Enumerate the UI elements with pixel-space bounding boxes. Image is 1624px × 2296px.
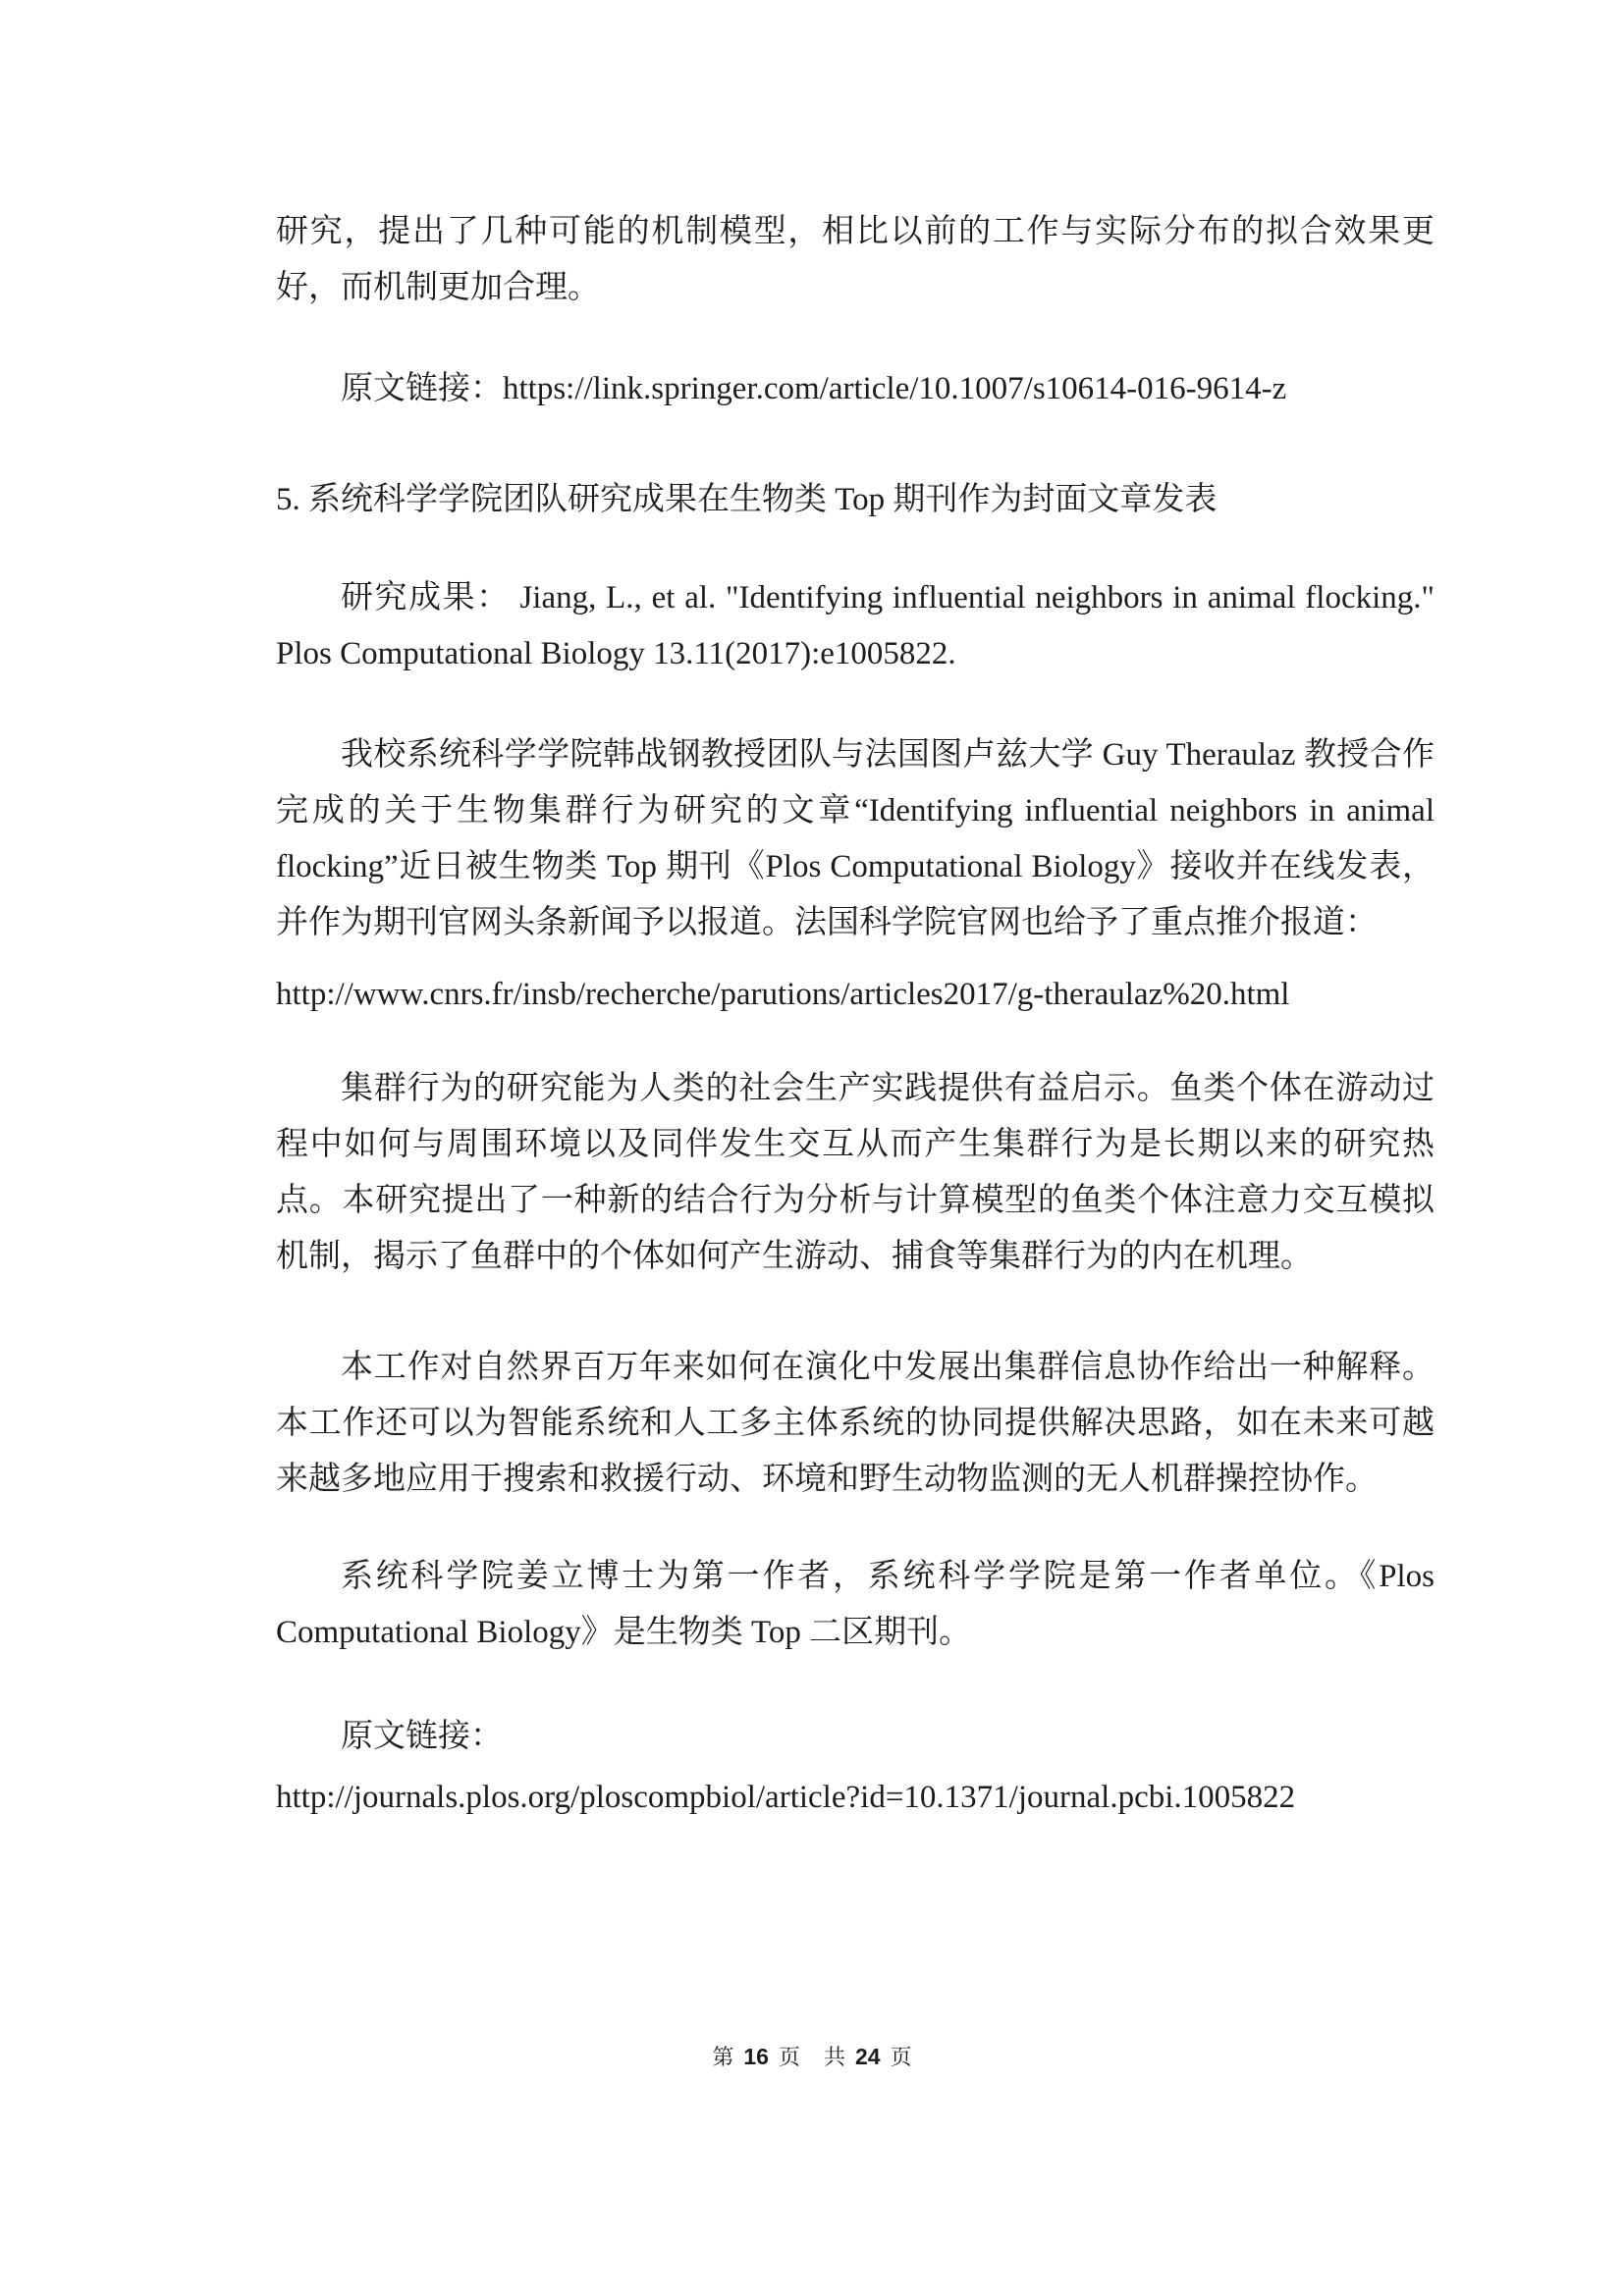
- section-5-heading: 5. 系统科学学院团队研究成果在生物类 Top 期刊作为封面文章发表: [276, 472, 1435, 528]
- footer-label-page-unit: 页: [779, 2045, 800, 2069]
- footer-total-pages: 24: [855, 2044, 881, 2069]
- footer-page-number: 16: [743, 2044, 769, 2069]
- footer-label-total-prefix: 共: [824, 2045, 845, 2069]
- paragraph-collaboration-announcement: 我校系统科学学院韩战钢教授团队与法国图卢兹大学 Guy Theraulaz 教授…: [276, 727, 1435, 951]
- paragraph-application-outlook: 本工作对自然界百万年来如何在演化中发展出集群信息协作给出一种解释。本工作还可以为…: [276, 1340, 1435, 1508]
- paragraph-research-significance: 集群行为的研究能为人类的社会生产实践提供有益启示。鱼类个体在游动过程中如何与周围…: [276, 1061, 1435, 1285]
- source-link-label: 原文链接：: [276, 1709, 1435, 1765]
- page-footer: 第16页共24页: [0, 2040, 1624, 2074]
- footer-label-page-prefix: 第: [712, 2045, 733, 2069]
- source-link-line-springer: 原文链接：https://link.springer.com/article/1…: [276, 361, 1435, 417]
- paragraph-author-info: 系统科学院姜立博士为第一作者，系统科学学院是第一作者单位。《Plos Compu…: [276, 1549, 1435, 1661]
- link-text-plos-url: http://journals.plos.org/ploscompbiol/ar…: [276, 1770, 1435, 1826]
- document-page: 研究，提出了几种可能的机制模型，相比以前的工作与实际分布的拟合效果更好，而机制更…: [0, 0, 1624, 2296]
- paragraph-continuation: 研究，提出了几种可能的机制模型，相比以前的工作与实际分布的拟合效果更好，而机制更…: [276, 204, 1435, 316]
- footer-label-total-unit: 页: [891, 2045, 912, 2069]
- document-body: 研究，提出了几种可能的机制模型，相比以前的工作与实际分布的拟合效果更好，而机制更…: [276, 204, 1435, 1826]
- paragraph-research-citation: 研究成果： Jiang, L., et al. "Identifying inf…: [276, 570, 1435, 682]
- link-text-cnrs-url: http://www.cnrs.fr/insb/recherche/paruti…: [276, 967, 1435, 1023]
